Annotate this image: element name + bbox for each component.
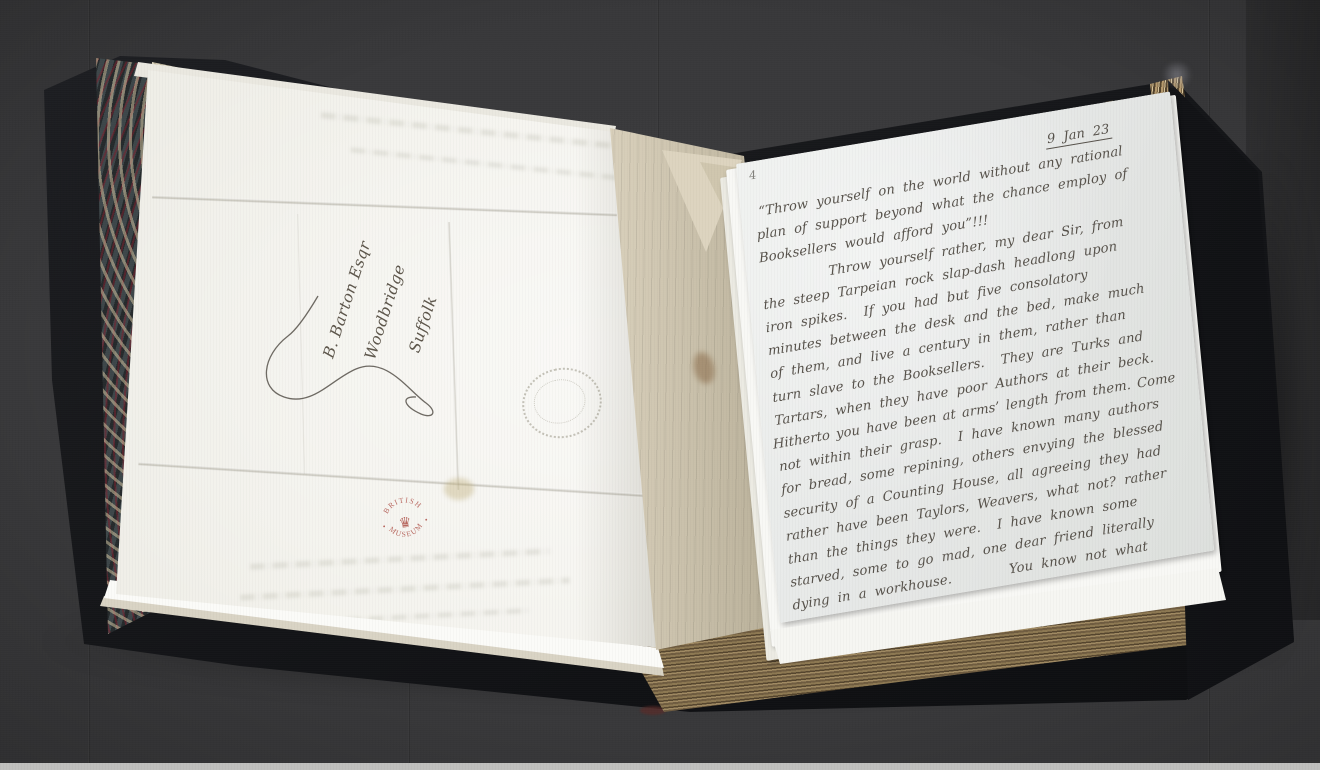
photo-grain-overlay xyxy=(0,0,1320,770)
photograph-open-letter-album: B. Barton Esqr Woodbridge Suffolk BRITIS… xyxy=(0,0,1320,770)
